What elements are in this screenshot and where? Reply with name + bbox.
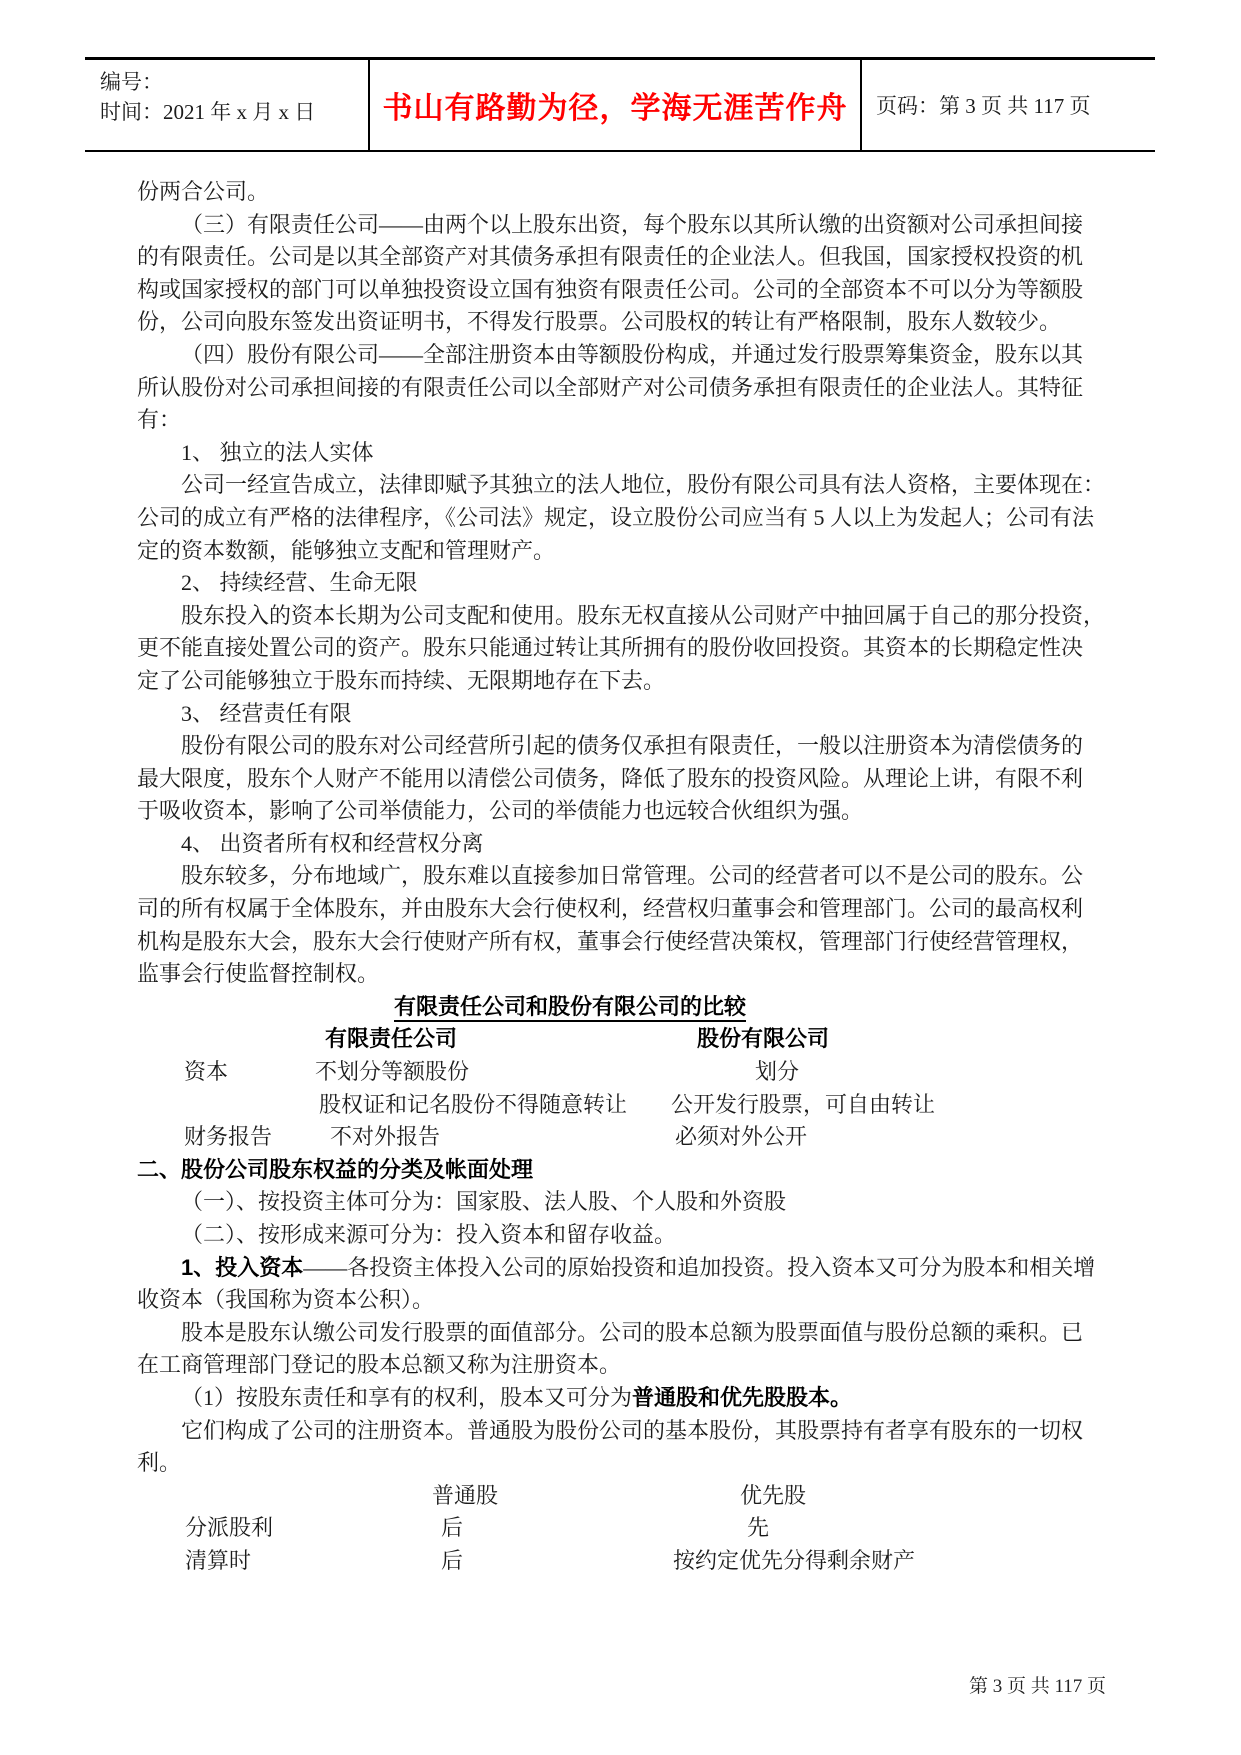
doc-line-15: 更不能直接处置公司的资产。股东只能通过转让其所拥有的股份收回投资。其资本的长期稳…: [137, 632, 1117, 665]
document-page: 编号： 时间：2021 年 x 月 x 日 书山有路勤为径，学海无涯苦作舟 页码…: [0, 0, 1241, 1755]
doc-line-3: 的有限责任。公司是以其全部资产对其债务承担有限责任的企业法人。但我国，国家授权投…: [137, 241, 1117, 274]
table-col-cell: 财务报告: [184, 1121, 272, 1154]
body-text: 它们构成了公司的注册资本。普通股为股份公司的基本股份，其股票持有者享有股东的一切…: [137, 1418, 1083, 1443]
body-text: 份两合公司。: [137, 179, 269, 204]
header-cell-slogan: 书山有路勤为径，学海无涯苦作舟: [368, 60, 860, 150]
doc-line-31: 二、股份公司股东权益的分类及帐面处理: [137, 1154, 1117, 1187]
doc-line-35: 收资本（我国称为资本公积）。: [137, 1284, 1117, 1317]
table-col-cell: 股权证和记名股份不得随意转让: [319, 1089, 627, 1122]
doc-line-6: （四）股份有限公司——全部注册资本由等额股份构成，并通过发行股票筹集资金，股东以…: [137, 339, 1117, 372]
doc-line-39: 它们构成了公司的注册资本。普通股为股份公司的基本股份，其股票持有者享有股东的一切…: [137, 1415, 1117, 1448]
doc-line-42: 分派股利后先: [137, 1512, 1117, 1545]
table-col-cell: 按约定优先分得剩余财产: [673, 1545, 915, 1578]
table-col-cell: 不划分等额股份: [315, 1056, 469, 1089]
body-text: 公司的成立有严格的法律程序，《公司法》规定，设立股份公司应当有 5 人以上为发起…: [137, 505, 1094, 530]
body-text: 定的资本数额，能够独立支配和管理财产。: [137, 538, 555, 563]
body-text: 定了公司能够独立于股东而持续、无限期地存在下去。: [137, 668, 665, 693]
body-text: 有：: [137, 407, 181, 432]
doc-line-18: 股份有限公司的股东对公司经营所引起的债务仅承担有限责任，一般以注册资本为清偿债务…: [137, 730, 1117, 763]
body-text: 股东较多，分布地域广，股东难以直接参加日常管理。公司的经营者可以不是公司的股东。…: [137, 863, 1083, 888]
body-text: ——各投资主体投入公司的原始投资和追加投资。投入资本又可分为股本和相关增: [303, 1255, 1095, 1280]
body-text: 利。: [137, 1450, 181, 1475]
header-cell-meta: 编号： 时间：2021 年 x 月 x 日: [85, 60, 368, 150]
body-text: （二）、按形成来源可分为：投入资本和留存收益。: [137, 1222, 676, 1247]
doc-line-20: 于吸收资本，影响了公司举债能力，公司的举债能力也远较合伙组织为强。: [137, 795, 1117, 828]
table-col-cell: 优先股: [740, 1480, 806, 1513]
doc-line-9: 1、 独立的法人实体: [137, 437, 1117, 470]
table-col-cell: 清算时: [185, 1545, 251, 1578]
doc-line-29: 股权证和记名股份不得随意转让公开发行股票，可自由转让: [137, 1089, 1117, 1122]
table-col-cell: 不对外报告: [330, 1121, 440, 1154]
doc-line-38: （1）按股东责任和享有的权利，股本又可分为普通股和优先股股本。: [137, 1382, 1117, 1415]
doc-line-30: 财务报告不对外报告必须对外公开: [137, 1121, 1117, 1154]
doc-line-10: 公司一经宣告成立，法律即赋予其独立的法人地位，股份有限公司具有法人资格，主要体现…: [137, 469, 1117, 502]
body-text: 2、 持续经营、生命无限: [137, 570, 418, 595]
table-col-cell: 分派股利: [185, 1512, 273, 1545]
table-col-cell: 后: [441, 1512, 463, 1545]
doc-line-36: 股本是股东认缴公司发行股票的面值部分。公司的股本总额为股票面值与股份总额的乘积。…: [137, 1317, 1117, 1350]
section-heading: 二、股份公司股东权益的分类及帐面处理: [137, 1157, 533, 1182]
doc-line-16: 定了公司能够独立于股东而持续、无限期地存在下去。: [137, 665, 1117, 698]
table-col-cell: 资本: [184, 1056, 228, 1089]
doc-line-1: 份两合公司。: [137, 176, 1117, 209]
table-col-cell: 后: [441, 1545, 463, 1578]
body-text: 在工商管理部门登记的股本总额又称为注册资本。: [137, 1352, 621, 1377]
doc-line-14: 股东投入的资本长期为公司支配和使用。股东无权直接从公司财产中抽回属于自己的那分投…: [137, 600, 1117, 633]
body-text: 更不能直接处置公司的资产。股东只能通过转让其所拥有的股份收回投资。其资本的长期稳…: [137, 635, 1083, 660]
doc-line-27: 有限责任公司股份有限公司: [137, 1023, 1117, 1056]
header-table: 编号： 时间：2021 年 x 月 x 日 书山有路勤为径，学海无涯苦作舟 页码…: [85, 57, 1155, 152]
doc-line-11: 公司的成立有严格的法律程序，《公司法》规定，设立股份公司应当有 5 人以上为发起…: [137, 502, 1117, 535]
body-text: 机构是股东大会，股东大会行使财产所有权，董事会行使经营决策权，管理部门行使经营管…: [137, 929, 1083, 954]
body-text: （1）按股东责任和享有的权利，股本又可分为: [181, 1385, 632, 1410]
doc-line-33: （二）、按形成来源可分为：投入资本和留存收益。: [137, 1219, 1117, 1252]
emphasis-text: 普通股和优先股股本。: [632, 1385, 852, 1410]
body-text: 1、 独立的法人实体: [137, 440, 374, 465]
body-text: 最大限度，股东个人财产不能用以清偿公司债务，降低了股东的投资风险。从理论上讲，有…: [137, 766, 1083, 791]
table-col-cell: 先: [747, 1512, 769, 1545]
body-text: （三）有限责任公司——由两个以上股东出资，每个股东以其所认缴的出资额对公司承担间…: [137, 212, 1083, 237]
doc-line-13: 2、 持续经营、生命无限: [137, 567, 1117, 600]
header-cell-page: 页码：第 3 页 共 117 页: [860, 60, 1155, 150]
doc-line-4: 构或国家授权的部门可以单独投资设立国有独资有限责任公司。公司的全部资本不可以分为…: [137, 274, 1117, 307]
body-text: 收资本（我国称为资本公积）。: [137, 1287, 434, 1312]
footer-page-indicator: 第 3 页 共 117 页: [969, 1671, 1106, 1698]
doc-line-43: 清算时后按约定优先分得剩余财产: [137, 1545, 1117, 1578]
doc-line-32: （一）、按投资主体可分为：国家股、法人股、个人股和外资股: [137, 1186, 1117, 1219]
doc-line-41: 普通股优先股: [137, 1480, 1117, 1513]
table-col-cell: 公开发行股票，可自由转让: [671, 1089, 935, 1122]
table-col-header: 有限责任公司: [325, 1023, 457, 1056]
body-text: 股份有限公司的股东对公司经营所引起的债务仅承担有限责任，一般以注册资本为清偿债务…: [137, 733, 1083, 758]
table-col-cell: 普通股: [432, 1480, 498, 1513]
doc-line-40: 利。: [137, 1447, 1117, 1480]
table-col-cell: 必须对外公开: [675, 1121, 807, 1154]
body-text: 4、 出资者所有权和经营权分离: [137, 831, 484, 856]
doc-line-5: 份，公司向股东签发出资证明书，不得发行股票。公司股权的转让有严格限制，股东人数较…: [137, 306, 1117, 339]
body-text: 公司一经宣告成立，法律即赋予其独立的法人地位，股份有限公司具有法人资格，主要体现…: [137, 472, 1105, 497]
doc-line-25: 监事会行使监督控制权。: [137, 958, 1117, 991]
doc-line-34: 1、投入资本——各投资主体投入公司的原始投资和追加投资。投入资本又可分为股本和相…: [137, 1252, 1117, 1285]
doc-line-21: 4、 出资者所有权和经营权分离: [137, 828, 1117, 861]
comparison-table-title: 有限责任公司和股份有限公司的比较: [394, 994, 746, 1022]
table-col-cell: 划分: [755, 1056, 799, 1089]
doc-line-28: 资本不划分等额股份划分: [137, 1056, 1117, 1089]
document-body: 份两合公司。（三）有限责任公司——由两个以上股东出资，每个股东以其所认缴的出资额…: [137, 176, 1117, 1578]
doc-line-37: 在工商管理部门登记的股本总额又称为注册资本。: [137, 1349, 1117, 1382]
header-number-label: 编号：: [100, 67, 368, 97]
body-text: 份，公司向股东签发出资证明书，不得发行股票。公司股权的转让有严格限制，股东人数较…: [137, 309, 1061, 334]
header-time-label: 时间：2021 年 x 月 x 日: [100, 97, 368, 127]
doc-line-22: 股东较多，分布地域广，股东难以直接参加日常管理。公司的经营者可以不是公司的股东。…: [137, 860, 1117, 893]
emphasis-text: 1、投入资本: [181, 1255, 303, 1280]
body-text: 构或国家授权的部门可以单独投资设立国有独资有限责任公司。公司的全部资本不可以分为…: [137, 277, 1083, 302]
doc-line-2: （三）有限责任公司——由两个以上股东出资，每个股东以其所认缴的出资额对公司承担间…: [137, 209, 1117, 242]
header-slogan-text: 书山有路勤为径，学海无涯苦作舟: [383, 83, 848, 127]
doc-line-24: 机构是股东大会，股东大会行使财产所有权，董事会行使经营决策权，管理部门行使经营管…: [137, 926, 1117, 959]
body-text: 的有限责任。公司是以其全部资产对其债务承担有限责任的企业法人。但我国，国家授权投…: [137, 244, 1083, 269]
doc-line-23: 司的所有权属于全体股东，并由股东大会行使权利，经营权归董事会和管理部门。公司的最…: [137, 893, 1117, 926]
body-text: 所认股份对公司承担间接的有限责任公司以全部财产对公司债务承担有限责任的企业法人。…: [137, 375, 1083, 400]
doc-line-26: 有限责任公司和股份有限公司的比较: [137, 991, 1117, 1024]
body-text: 股本是股东认缴公司发行股票的面值部分。公司的股本总额为股票面值与股份总额的乘积。…: [137, 1320, 1083, 1345]
doc-line-7: 所认股份对公司承担间接的有限责任公司以全部财产对公司债务承担有限责任的企业法人。…: [137, 372, 1117, 405]
body-text: 司的所有权属于全体股东，并由股东大会行使权利，经营权归董事会和管理部门。公司的最…: [137, 896, 1083, 921]
body-text: 监事会行使监督控制权。: [137, 961, 379, 986]
header-page-label: 页码：第 3 页 共 117 页: [876, 90, 1090, 120]
doc-line-8: 有：: [137, 404, 1117, 437]
table-col-header: 股份有限公司: [697, 1023, 829, 1056]
doc-line-19: 最大限度，股东个人财产不能用以清偿公司债务，降低了股东的投资风险。从理论上讲，有…: [137, 763, 1117, 796]
doc-line-12: 定的资本数额，能够独立支配和管理财产。: [137, 535, 1117, 568]
body-text: 于吸收资本，影响了公司举债能力，公司的举债能力也远较合伙组织为强。: [137, 798, 863, 823]
body-text: （四）股份有限公司——全部注册资本由等额股份构成，并通过发行股票筹集资金，股东以…: [137, 342, 1083, 367]
body-text: 3、 经营责任有限: [137, 701, 352, 726]
doc-line-17: 3、 经营责任有限: [137, 698, 1117, 731]
body-text: 股东投入的资本长期为公司支配和使用。股东无权直接从公司财产中抽回属于自己的那分投…: [137, 603, 1105, 628]
body-text: （一）、按投资主体可分为：国家股、法人股、个人股和外资股: [137, 1189, 786, 1214]
